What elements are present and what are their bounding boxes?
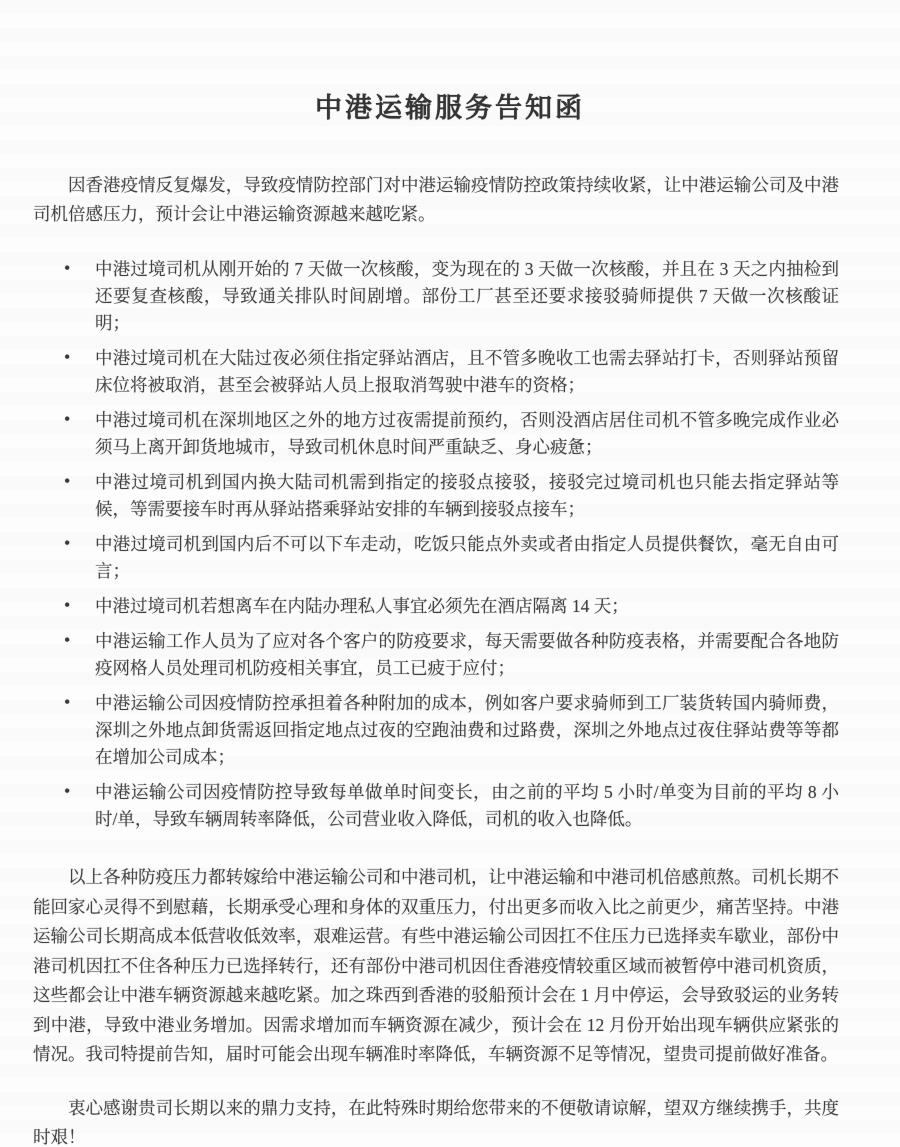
document-body: 因香港疫情反复爆发，导致疫情防控部门对中港运输疫情防控政策持续收紧，让中港运输公…: [33, 171, 839, 1147]
bullet-item: 中港运输工作人员为了应对各个客户的防疫要求，每天需要做各种防疫表格，并需要配合各…: [33, 628, 839, 682]
document-title: 中港运输服务告知函: [0, 0, 900, 125]
closing-paragraph-thanks: 衷心感谢贵司长期以来的鼎力支持，在此特殊时期给您带来的不便敬请谅解，望双方继续携…: [33, 1094, 839, 1147]
bullet-list: 中港过境司机从刚开始的 7 天做一次核酸，变为现在的 3 天做一次核酸，并且在 …: [33, 256, 839, 833]
bullet-item: 中港运输公司因疫情防控导致每单做单时间变长，由之前的平均 5 小时/单变为目前的…: [33, 779, 839, 833]
closing-paragraph-summary: 以上各种防疫压力都转嫁给中港运输公司和中港司机，让中港运输和中港司机倍感煎熬。司…: [33, 863, 839, 1070]
bullet-item: 中港过境司机到国内后不可以下车走动，吃饭只能点外卖或者由指定人员提供餐饮，毫无自…: [33, 531, 839, 585]
bullet-item: 中港运输公司因疫情防控承担着各种附加的成本，例如客户要求骑师到工厂装货转国内骑师…: [33, 690, 839, 771]
bullet-item: 中港过境司机若想离车在内陆办理私人事宜必须先在酒店隔离 14 天；: [33, 593, 839, 620]
bullet-item: 中港过境司机到国内换大陆司机需到指定的接驳点接驳，接驳完过境司机也只能去指定驿站…: [33, 469, 839, 523]
document-page: 中港运输服务告知函 因香港疫情反复爆发，导致疫情防控部门对中港运输疫情防控政策持…: [0, 0, 900, 1147]
intro-paragraph: 因香港疫情反复爆发，导致疫情防控部门对中港运输疫情防控政策持续收紧，让中港运输公…: [33, 171, 839, 229]
bullet-item: 中港过境司机从刚开始的 7 天做一次核酸，变为现在的 3 天做一次核酸，并且在 …: [33, 256, 839, 337]
bullet-item: 中港过境司机在大陆过夜必须住指定驿站酒店，且不管多晚收工也需去驿站打卡，否则驿站…: [33, 345, 839, 399]
bullet-item: 中港过境司机在深圳地区之外的地方过夜需提前预约，否则没酒店居住司机不管多晚完成作…: [33, 407, 839, 461]
